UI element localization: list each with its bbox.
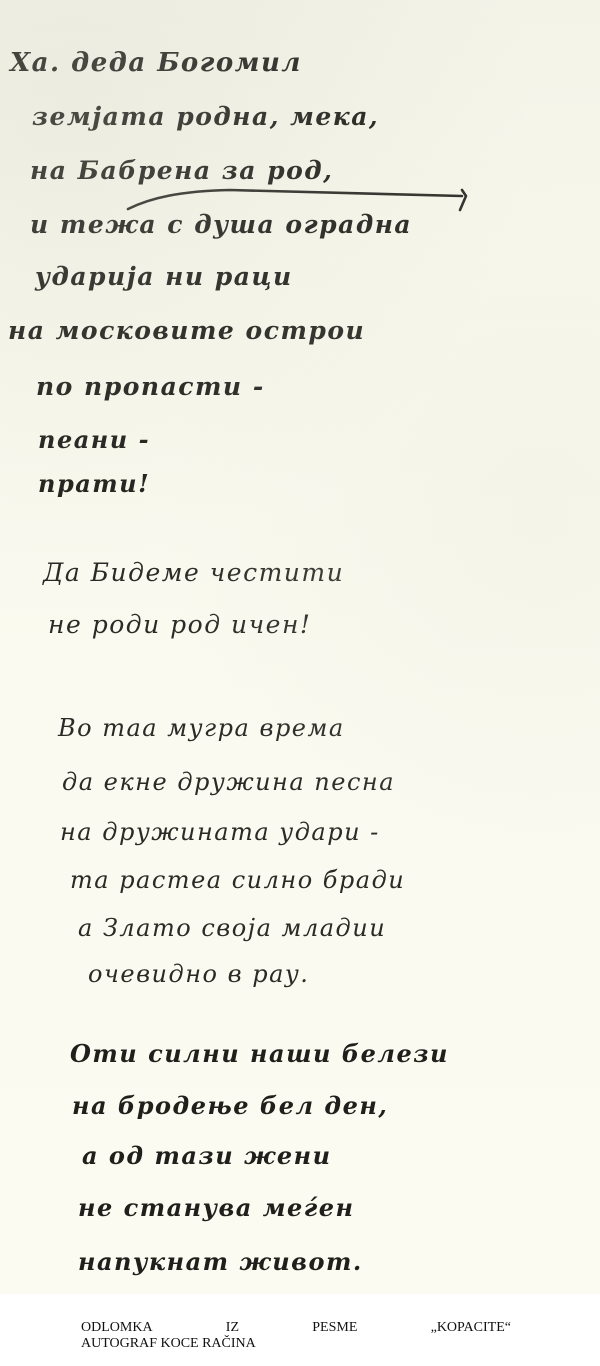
manuscript-line: а Злато своја младии bbox=[78, 916, 386, 940]
manuscript-line: да екне дружина песна bbox=[62, 770, 395, 794]
manuscript-line: ударија ни раци bbox=[35, 264, 293, 289]
manuscript-line: прати! bbox=[38, 472, 150, 496]
manuscript-line: напукнат живот. bbox=[78, 1250, 363, 1274]
figure-caption: ODLOMKA IZ PESME „KOPACITE“ AUTOGRAF KOC… bbox=[81, 1320, 511, 1352]
caption-line-2: AUTOGRAF KOCE RAČINA bbox=[81, 1336, 511, 1352]
manuscript-line: на Бабрена за род, bbox=[30, 158, 333, 183]
manuscript-line: земјата родна, мека, bbox=[32, 104, 379, 129]
caption-word: IZ bbox=[226, 1320, 239, 1336]
caption-word: ODLOMKA bbox=[81, 1320, 153, 1336]
manuscript-line: на бродење бел ден, bbox=[72, 1094, 388, 1118]
caption-line-1: ODLOMKA IZ PESME „KOPACITE“ bbox=[81, 1320, 511, 1336]
caption-word: „KOPACITE“ bbox=[431, 1320, 511, 1336]
manuscript-line: и тежа с душа оградна bbox=[30, 212, 412, 237]
manuscript-line: Да Бидеме честити bbox=[43, 560, 344, 585]
manuscript-page: Ха. деда Богомил земјата родна, мека, на… bbox=[0, 0, 600, 1294]
manuscript-line: Ха. деда Богомил bbox=[10, 50, 302, 76]
manuscript-line: не роди род ичен! bbox=[48, 612, 311, 637]
manuscript-line: на московите острои bbox=[8, 318, 365, 343]
manuscript-line: пеани - bbox=[38, 428, 150, 452]
manuscript-line: не станува мeѓен bbox=[78, 1196, 355, 1220]
manuscript-line: по пропасти - bbox=[36, 374, 265, 399]
manuscript-line: очевидно в рау. bbox=[88, 962, 309, 986]
manuscript-line: та растеа силно бради bbox=[70, 868, 405, 892]
manuscript-line: Оти силни наши белези bbox=[70, 1042, 449, 1066]
manuscript-line: а од тази жени bbox=[82, 1144, 332, 1168]
manuscript-line: Во таа мугра врема bbox=[58, 716, 345, 740]
caption-word: PESME bbox=[312, 1320, 357, 1336]
manuscript-line: на дружината удари - bbox=[60, 820, 380, 844]
